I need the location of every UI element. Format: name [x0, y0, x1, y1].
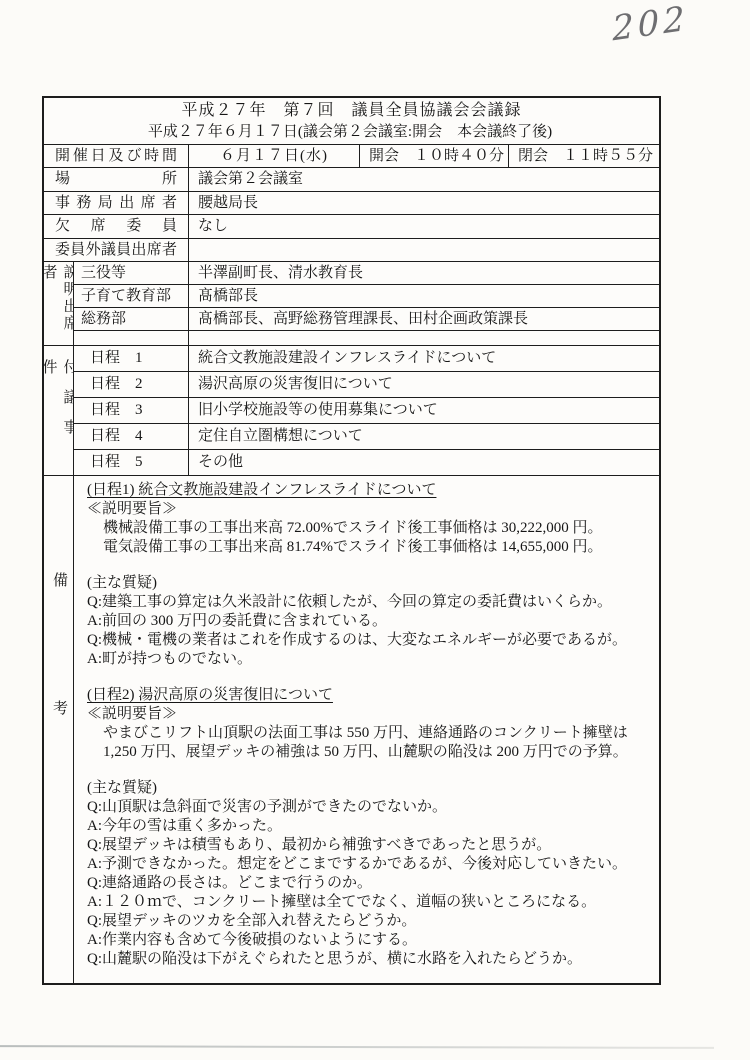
row-datetime: 開催日及び時間 ６月１７日(水) 開会 １０時４０分 閉会 １１時５５分: [44, 145, 659, 168]
explainer-vertical-label-cell: 説明出席者: [44, 262, 74, 345]
note-line: Q:山麓駅の陥没は下がえぐられたと思うが、横に水路を入れたらどうか。: [87, 950, 653, 969]
note-line: A:作業内容も含めて今後破損のないようにする。: [87, 931, 653, 950]
datetime-label: 開催日及び時間: [44, 146, 188, 167]
row-secretariat: 事務局出席者 腰越局長: [44, 192, 659, 215]
date-value: ６月１７日(水): [189, 145, 360, 167]
place-label-cell: 場所: [44, 168, 189, 191]
agenda-title: 湯沢高原の災害復旧について: [189, 372, 659, 397]
explainer-names: 半澤副町長、清水教育長: [189, 262, 659, 284]
agenda-vertical-label-cell: 付議事件: [44, 346, 74, 475]
row-nonmember-attendees: 委員外議員出席者: [44, 239, 659, 262]
agenda-no: 日程 5: [74, 450, 189, 475]
explainer-row: 三役等 半澤副町長、清水教育長: [74, 262, 659, 285]
secretariat-label: 事務局出席者: [44, 193, 188, 214]
explainer-row: 総務部 髙橋部長、高野総務管理課長、田村企画政策課長: [74, 308, 659, 331]
explainer-vertical-label: 説明出席者: [44, 262, 74, 345]
agenda-section: 付議事件 日程 1 統合文教施設建設インフレスライドについて 日程 2 湯沢高原…: [44, 346, 659, 476]
secretariat-value: 腰越局長: [189, 192, 659, 214]
absent-value: なし: [189, 215, 659, 238]
explainer-category: 総務部: [74, 308, 189, 330]
note-line: A:１２０ｍで、コンクリート擁壁は全てでなく、道幅の狭いところになる。: [87, 893, 653, 912]
note-line: ≪説明要旨≫: [87, 500, 653, 519]
agenda-title: 旧小学校施設等の使用募集について: [189, 398, 659, 423]
title-row: 平成２７年 第７回 議員全員協議会会議録 平成２７年６月１７日(議会第２会議室:…: [44, 98, 659, 145]
explainer-row: [74, 331, 659, 345]
note-line: やまびこリフト山頂駅の法面工事は 550 万円、連絡通路のコンクリート擁壁は: [87, 724, 653, 743]
document-title: 平成２７年 第７回 議員全員協議会会議録: [181, 100, 521, 122]
note-line: [87, 669, 653, 686]
note-line: A:予測できなかった。想定をどこまでするかであるが、今後対応していきたい。: [87, 855, 653, 874]
handwritten-page-number: 202: [612, 0, 690, 49]
nonmember-value: [189, 239, 659, 261]
note-line: A:今年の雪は重く多かった。: [87, 817, 653, 836]
scan-artifact-line: [0, 1045, 714, 1049]
absent-label-cell: 欠席委員: [44, 215, 189, 238]
explainer-attendees-section: 説明出席者 三役等 半澤副町長、清水教育長 子育て教育部 髙橋部長 総務部 髙橋…: [44, 262, 659, 346]
agenda-vertical-label: 付議事件: [44, 346, 74, 475]
note-line: 機械設備工事の工事出来高 72.00%でスライド後工事価格は 30,222,00…: [87, 519, 653, 538]
note-line: Q:山頂駅は急斜面で災害の予測ができたのでないか。: [87, 798, 653, 817]
open-time-value: 開会 １０時４０分: [360, 145, 509, 167]
note-line: (日程2) 湯沢高原の災害復旧について: [87, 686, 653, 705]
notes-vertical-label: 備考: [48, 476, 69, 828]
place-value: 議会第２会議室: [189, 168, 659, 191]
agenda-row: 日程 5 その他: [74, 450, 659, 475]
agenda-no: 日程 2: [74, 372, 189, 397]
place-label: 場所: [44, 169, 188, 190]
secretariat-label-cell: 事務局出席者: [44, 192, 189, 214]
note-line: ≪説明要旨≫: [87, 705, 653, 724]
note-line: Q:連絡通路の長さは。どこまで行うのか。: [87, 874, 653, 893]
explainer-category: [74, 331, 189, 345]
document-subtitle: 平成２７年６月１７日(議会第２会議室:開会 本会議終了後): [148, 122, 555, 143]
note-line: Q:展望デッキのツカを全部入れ替えたらどうか。: [87, 912, 653, 931]
scanned-page: 202 平成２７年 第７回 議員全員協議会会議録 平成２７年６月１７日(議会第２…: [0, 0, 750, 1060]
explainer-category: 三役等: [74, 262, 189, 284]
agenda-title: 統合文教施設建設インフレスライドについて: [189, 346, 659, 371]
notes-vertical-label-cell: 備考: [44, 476, 74, 983]
explainer-names: 髙橋部長、高野総務管理課長、田村企画政策課長: [189, 308, 659, 330]
agenda-row: 日程 4 定住自立圏構想について: [74, 424, 659, 450]
notes-section: 備考 (日程1) 統合文教施設建設インフレスライドについて ≪説明要旨≫ 機械設…: [44, 476, 659, 983]
note-line: A:町が持つものでない。: [87, 650, 653, 669]
agenda-title: 定住自立圏構想について: [189, 424, 659, 449]
note-line: [87, 762, 653, 779]
note-line: Q:機械・電機の業者はこれを作成するのは、大変なエネルギーが必要であるが。: [87, 631, 653, 650]
note-line: (日程1) 統合文教施設建設インフレスライドについて: [87, 481, 653, 500]
note-line: (主な質疑): [87, 574, 653, 593]
explainer-names: [189, 331, 659, 345]
note-line: (主な質疑): [87, 779, 653, 798]
explainer-names: 髙橋部長: [189, 285, 659, 307]
note-line: Q:展望デッキは積雪もあり、最初から補強すべきであったと思うが。: [87, 836, 653, 855]
row-place: 場所 議会第２会議室: [44, 168, 659, 192]
agenda-no: 日程 3: [74, 398, 189, 423]
title-cell: 平成２７年 第７回 議員全員協議会会議録 平成２７年６月１７日(議会第２会議室:…: [44, 98, 659, 144]
agenda-row: 日程 2 湯沢高原の災害復旧について: [74, 372, 659, 398]
agenda-rows: 日程 1 統合文教施設建設インフレスライドについて 日程 2 湯沢高原の災害復旧…: [74, 346, 659, 475]
note-line: [87, 557, 653, 574]
agenda-no: 日程 1: [74, 346, 189, 371]
agenda-row: 日程 3 旧小学校施設等の使用募集について: [74, 398, 659, 424]
nonmember-label: 委員外議員出席者: [44, 240, 188, 261]
note-line: 1,250 万円、展望デッキの補強は 50 万円、山麓駅の陥没は 200 万円で…: [87, 743, 653, 762]
agenda-row: 日程 1 統合文教施設建設インフレスライドについて: [74, 346, 659, 372]
datetime-label-cell: 開催日及び時間: [44, 145, 189, 167]
meeting-record-table: 平成２７年 第７回 議員全員協議会会議録 平成２７年６月１７日(議会第２会議室:…: [42, 96, 661, 985]
close-time-value: 閉会 １１時５５分: [509, 145, 659, 167]
row-absent-members: 欠席委員 なし: [44, 215, 659, 239]
note-line: 電気設備工事の工事出来高 81.74%でスライド後工事価格は 14,655,00…: [87, 538, 653, 557]
absent-label: 欠席委員: [44, 216, 188, 237]
explainer-row: 子育て教育部 髙橋部長: [74, 285, 659, 308]
note-line: A:前回の 300 万円の委託費に含まれている。: [87, 612, 653, 631]
nonmember-label-cell: 委員外議員出席者: [44, 239, 189, 261]
agenda-no: 日程 4: [74, 424, 189, 449]
explainer-category: 子育て教育部: [74, 285, 189, 307]
agenda-title: その他: [189, 450, 659, 475]
notes-content: (日程1) 統合文教施設建設インフレスライドについて ≪説明要旨≫ 機械設備工事…: [74, 476, 659, 983]
explainer-rows: 三役等 半澤副町長、清水教育長 子育て教育部 髙橋部長 総務部 髙橋部長、高野総…: [74, 262, 659, 345]
note-line: Q:建築工事の算定は久米設計に依頼したが、今回の算定の委託費はいくらか。: [87, 593, 653, 612]
